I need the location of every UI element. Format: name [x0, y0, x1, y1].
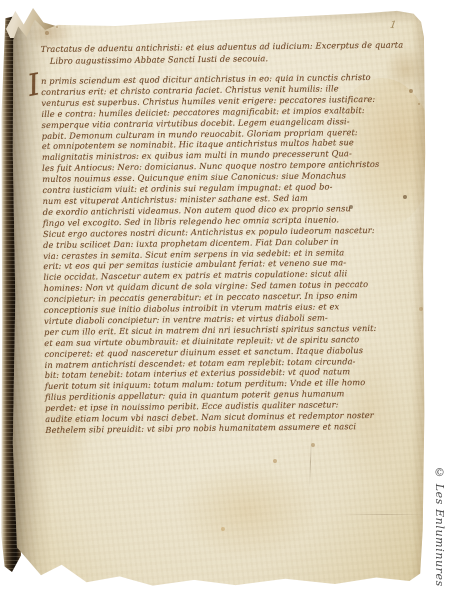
heading-lines: Tractatus de aduentu antichristi: et eiu…	[41, 40, 363, 67]
parchment-stain	[177, 463, 317, 558]
parchment-crease	[309, 436, 312, 488]
body-lines: I n primis sciendum est quod dicitur ant…	[41, 72, 367, 436]
foxing-specks	[12, 8, 14, 10]
text-block: Tractatus de aduentu antichristi: et eiu…	[41, 40, 368, 436]
page-edge-shadow	[412, 8, 426, 588]
page-edge-shadow	[12, 8, 426, 24]
folio-number: 1	[389, 20, 397, 32]
manuscript-page: 1 Tractatus de aduentu antichristi: et e…	[12, 8, 426, 588]
manuscript-photo: 1 Tractatus de aduentu antichristi: et e…	[0, 0, 461, 600]
copyright-watermark: © Les Enluminures	[433, 466, 446, 596]
